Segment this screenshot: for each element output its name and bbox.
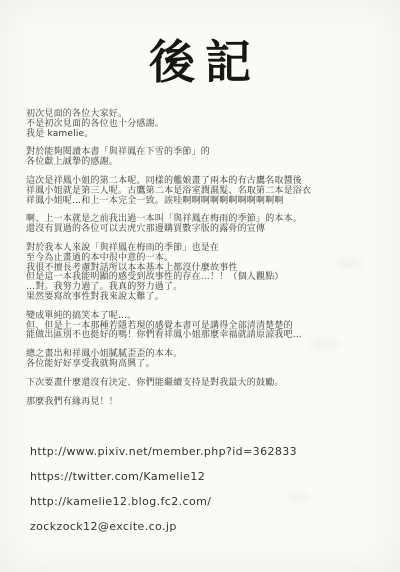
paragraph-greeting: 初次見面的各位大家好。 不是初次見面的各位也十分感謝。 我是 kamelie。 <box>26 110 386 139</box>
body-line: 各位獻上誠摯的感謝。 <box>26 158 386 168</box>
scan-smudge <box>336 258 362 268</box>
paragraph-previous-book: 啊、上一本就是之前我出過一本叫「與祥鳳在梅雨的季節」的本本。 還沒有買過的各位可… <box>26 215 386 235</box>
contact-links: http://www.pixiv.net/member.php?id=36283… <box>30 445 297 545</box>
paragraph-next-work: 下次要畫什麼還沒有決定、你們能繼續支持是對我最大的鼓勵。 <box>26 379 386 389</box>
scan-smudge <box>288 493 310 502</box>
body-line: 下次要畫什麼還沒有決定、你們能繼續支持是對我最大的鼓勵。 <box>26 379 386 389</box>
paragraph-second-book: 這次是祥鳳小姐的第二本呢。同樣的艦娘畫了兩本的有古鷹名取醬後 祥鳳小姐就是第三人… <box>26 177 386 206</box>
afterword-page: 後記 初次見面的各位大家好。 不是初次見面的各位也十分感謝。 我是 kameli… <box>0 0 400 572</box>
body-line: 我是 kamelie。 <box>26 130 386 140</box>
afterword-body: 初次見面的各位大家好。 不是初次見面的各位也十分感謝。 我是 kamelie。 … <box>26 110 386 416</box>
body-line: 還沒有買過的各位可以去虎穴那邊購買數字版的露骨的宣傳 <box>26 225 386 235</box>
twitter-url-link[interactable]: https://twitter.com/Kamelie12 <box>30 470 297 483</box>
pixiv-url-link[interactable]: http://www.pixiv.net/member.php?id=36283… <box>30 445 297 458</box>
paragraph-comedy: 變成單純的搞笑本了呢…。 但、但是上一本那種若隱若現的感覺本書可是講得全部清清楚… <box>26 312 386 341</box>
body-line: 各位能好好享受我就夠高興了。 <box>26 360 386 370</box>
blog-url-link[interactable]: http://kamelie12.blog.fc2.com/ <box>30 495 297 508</box>
paragraph-story: 對於我本人來說「與祥鳳在梅雨的季節」也是在 至今為止畫過的本中很中意的一本。 我… <box>26 244 386 303</box>
paragraph-farewell: 那麼我們有緣再見！！ <box>26 398 386 408</box>
body-line: 祥鳳小姐呢…和上一本完全一致。誒哇啊啊啊啊啊啊啊啊啊啊啊 <box>26 197 386 207</box>
scan-smudge <box>310 338 340 350</box>
body-line: 那麼我們有緣再見！！ <box>26 398 386 408</box>
body-line: 果然要寫故事性對我來說太難了。 <box>26 293 386 303</box>
page-title: 後記 <box>0 26 400 92</box>
paragraph-enjoy: 總之畫出和祥鳳小姐膩膩歪歪的本本。 各位能好好享受我就夠高興了。 <box>26 350 386 370</box>
paragraph-thanks: 對於能夠閱讀本書「與祥鳳在下雪的季節」的 各位獻上誠摯的感謝。 <box>26 148 386 168</box>
email-address-link[interactable]: zockzock12@excite.co.jp <box>30 520 297 533</box>
